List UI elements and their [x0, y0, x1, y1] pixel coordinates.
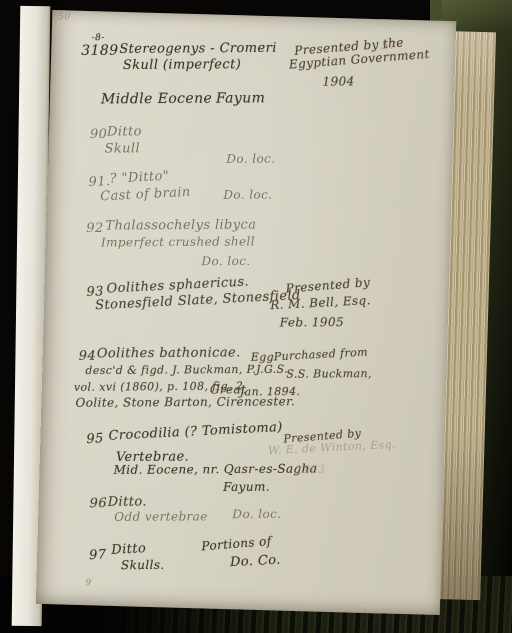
- entry-number-note: -8-: [92, 33, 105, 43]
- taxon-name: Ditto: [111, 541, 147, 558]
- locality-ditto: Do. loc.: [223, 188, 272, 202]
- acquisition-year: 1904: [322, 74, 354, 88]
- locality-ditto: Do. loc.: [232, 507, 281, 521]
- entry-number: 92: [86, 221, 103, 236]
- register-page: 50 57 -8- 3189 Stereogenys - Cromeri Sku…: [36, 10, 456, 615]
- taxon-name: Ditto.: [108, 494, 147, 509]
- corner-pencil-note: 50: [58, 12, 70, 22]
- locality-ditto: Do. loc.: [201, 254, 250, 268]
- entry-number: 97: [89, 547, 107, 563]
- entry-number: 91.: [88, 174, 111, 190]
- specimen-detail: Odd vertebrae: [114, 509, 208, 524]
- reference-line: desc'd & figd. J. Buckman, P.J.G.S.: [85, 363, 288, 377]
- entry-number: 3189: [81, 43, 118, 59]
- register-photo: 50 57 -8- 3189 Stereogenys - Cromeri Sku…: [0, 0, 512, 633]
- register-book: 50 57 -8- 3189 Stereogenys - Cromeri Sku…: [30, 4, 497, 624]
- locality-note: Fayum: [216, 90, 265, 106]
- taxon-name: Oolithes bathonicae.: [97, 345, 241, 361]
- specimen-detail: Skulls.: [121, 558, 165, 572]
- specimen-tag: Egg: [251, 351, 274, 364]
- horizon-note: Mid. Eocene, nr. Qasr-es-Sagha: [114, 461, 318, 476]
- locality-note: Fayum.: [223, 480, 270, 494]
- taxon-name: Ditto: [107, 124, 142, 139]
- locality-ditto: Do. loc.: [226, 152, 275, 166]
- entry-number: 94: [79, 349, 96, 364]
- specimen-detail: Imperfect crushed shell: [101, 234, 255, 249]
- specimen-detail: Skull: [104, 141, 140, 156]
- taxon-name: Stereogenys - Cromeri: [119, 41, 277, 57]
- acquisition-line: S.S. Buckman,: [286, 367, 372, 381]
- acquisition-line: Portions of: [201, 534, 272, 553]
- horizon-note: Middle Eocene: [101, 91, 212, 108]
- taxon-name: Crocodilia (? Tomistoma): [108, 420, 283, 444]
- acquisition-date: Jan. 1894.: [240, 385, 301, 398]
- entry-number: 90: [90, 127, 107, 142]
- taxon-name: Thalassochelys libyca: [105, 218, 256, 234]
- specimen-detail: Skull (imperfect): [123, 57, 241, 73]
- entry-number: 96: [90, 496, 107, 511]
- acquisition-line: Do. Co.: [230, 553, 281, 571]
- acquisition-date: Feb. 1905: [280, 315, 344, 329]
- specimen-detail: Cast of brain: [100, 185, 191, 205]
- entry-number: 95: [86, 431, 104, 447]
- acquisition-line: Presented by: [285, 275, 370, 295]
- bottom-pencil-note: 9: [85, 578, 91, 588]
- acquisition-line: Purchased from: [273, 346, 368, 364]
- acquisition-pencil-year: 1903: [296, 463, 326, 476]
- taxon-name: ? "Ditto": [109, 169, 169, 187]
